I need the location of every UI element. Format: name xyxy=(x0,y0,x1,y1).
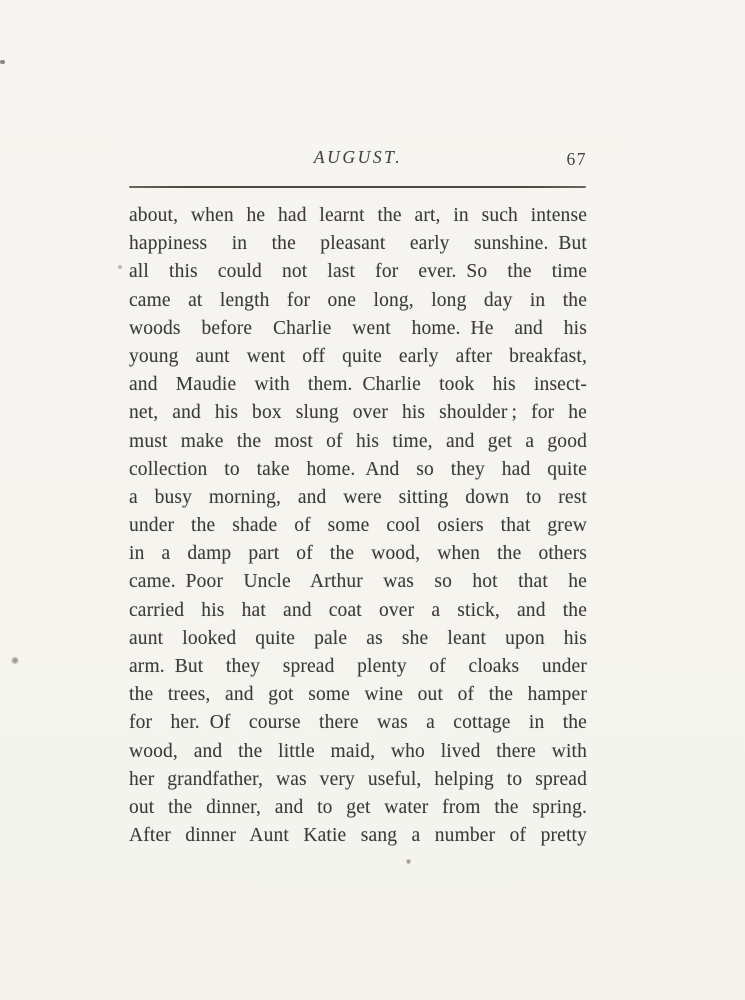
page-header: AUGUST. 67 xyxy=(129,147,587,173)
text-line: under the shade of some cool osiers that… xyxy=(129,512,587,540)
text-line: must make the most of his time, and get … xyxy=(129,428,587,456)
text-line: in a damp part of the wood, when the oth… xyxy=(129,540,587,568)
text-line: After dinner Aunt Katie sang a number of… xyxy=(129,822,587,850)
text-line: young aunt went off quite early after br… xyxy=(129,343,587,371)
text-line: wood, and the little maid, who lived the… xyxy=(129,738,587,766)
scan-speck xyxy=(0,60,5,64)
text-line: for her. Of course there was a cottage i… xyxy=(129,709,587,737)
book-page: AUGUST. 67 about, when he had learnt the… xyxy=(0,0,745,1000)
scan-speck xyxy=(11,657,19,664)
text-line: collection to take home. And so they had… xyxy=(129,456,587,484)
text-line: the trees, and got some wine out of the … xyxy=(129,681,587,709)
text-line: happiness in the pleasant early sunshine… xyxy=(129,230,587,258)
text-line: all this could not last for ever. So the… xyxy=(129,258,587,286)
body-text: about, when he had learnt the art, in su… xyxy=(129,202,587,850)
text-line: carried his hat and coat over a stick, a… xyxy=(129,597,587,625)
text-line: her grandfather, was very useful, helpin… xyxy=(129,766,587,794)
running-title: AUGUST. xyxy=(129,147,587,168)
text-line: about, when he had learnt the art, in su… xyxy=(129,202,587,230)
text-line: net, and his box slung over his shoulder… xyxy=(129,399,587,427)
text-line: and Maudie with them. Charlie took his i… xyxy=(129,371,587,399)
text-line: came at length for one long, long day in… xyxy=(129,287,587,315)
text-line: out the dinner, and to get water from th… xyxy=(129,794,587,822)
scan-speck xyxy=(406,859,411,864)
text-line: aunt looked quite pale as she leant upon… xyxy=(129,625,587,653)
text-line: woods before Charlie went home. He and h… xyxy=(129,315,587,343)
page-number: 67 xyxy=(567,149,588,170)
text-line: came. Poor Uncle Arthur was so hot that … xyxy=(129,568,587,596)
scan-speck xyxy=(118,265,122,269)
text-line: arm. But they spread plenty of cloaks un… xyxy=(129,653,587,681)
text-line: a busy morning, and were sitting down to… xyxy=(129,484,587,512)
header-rule xyxy=(129,186,586,188)
